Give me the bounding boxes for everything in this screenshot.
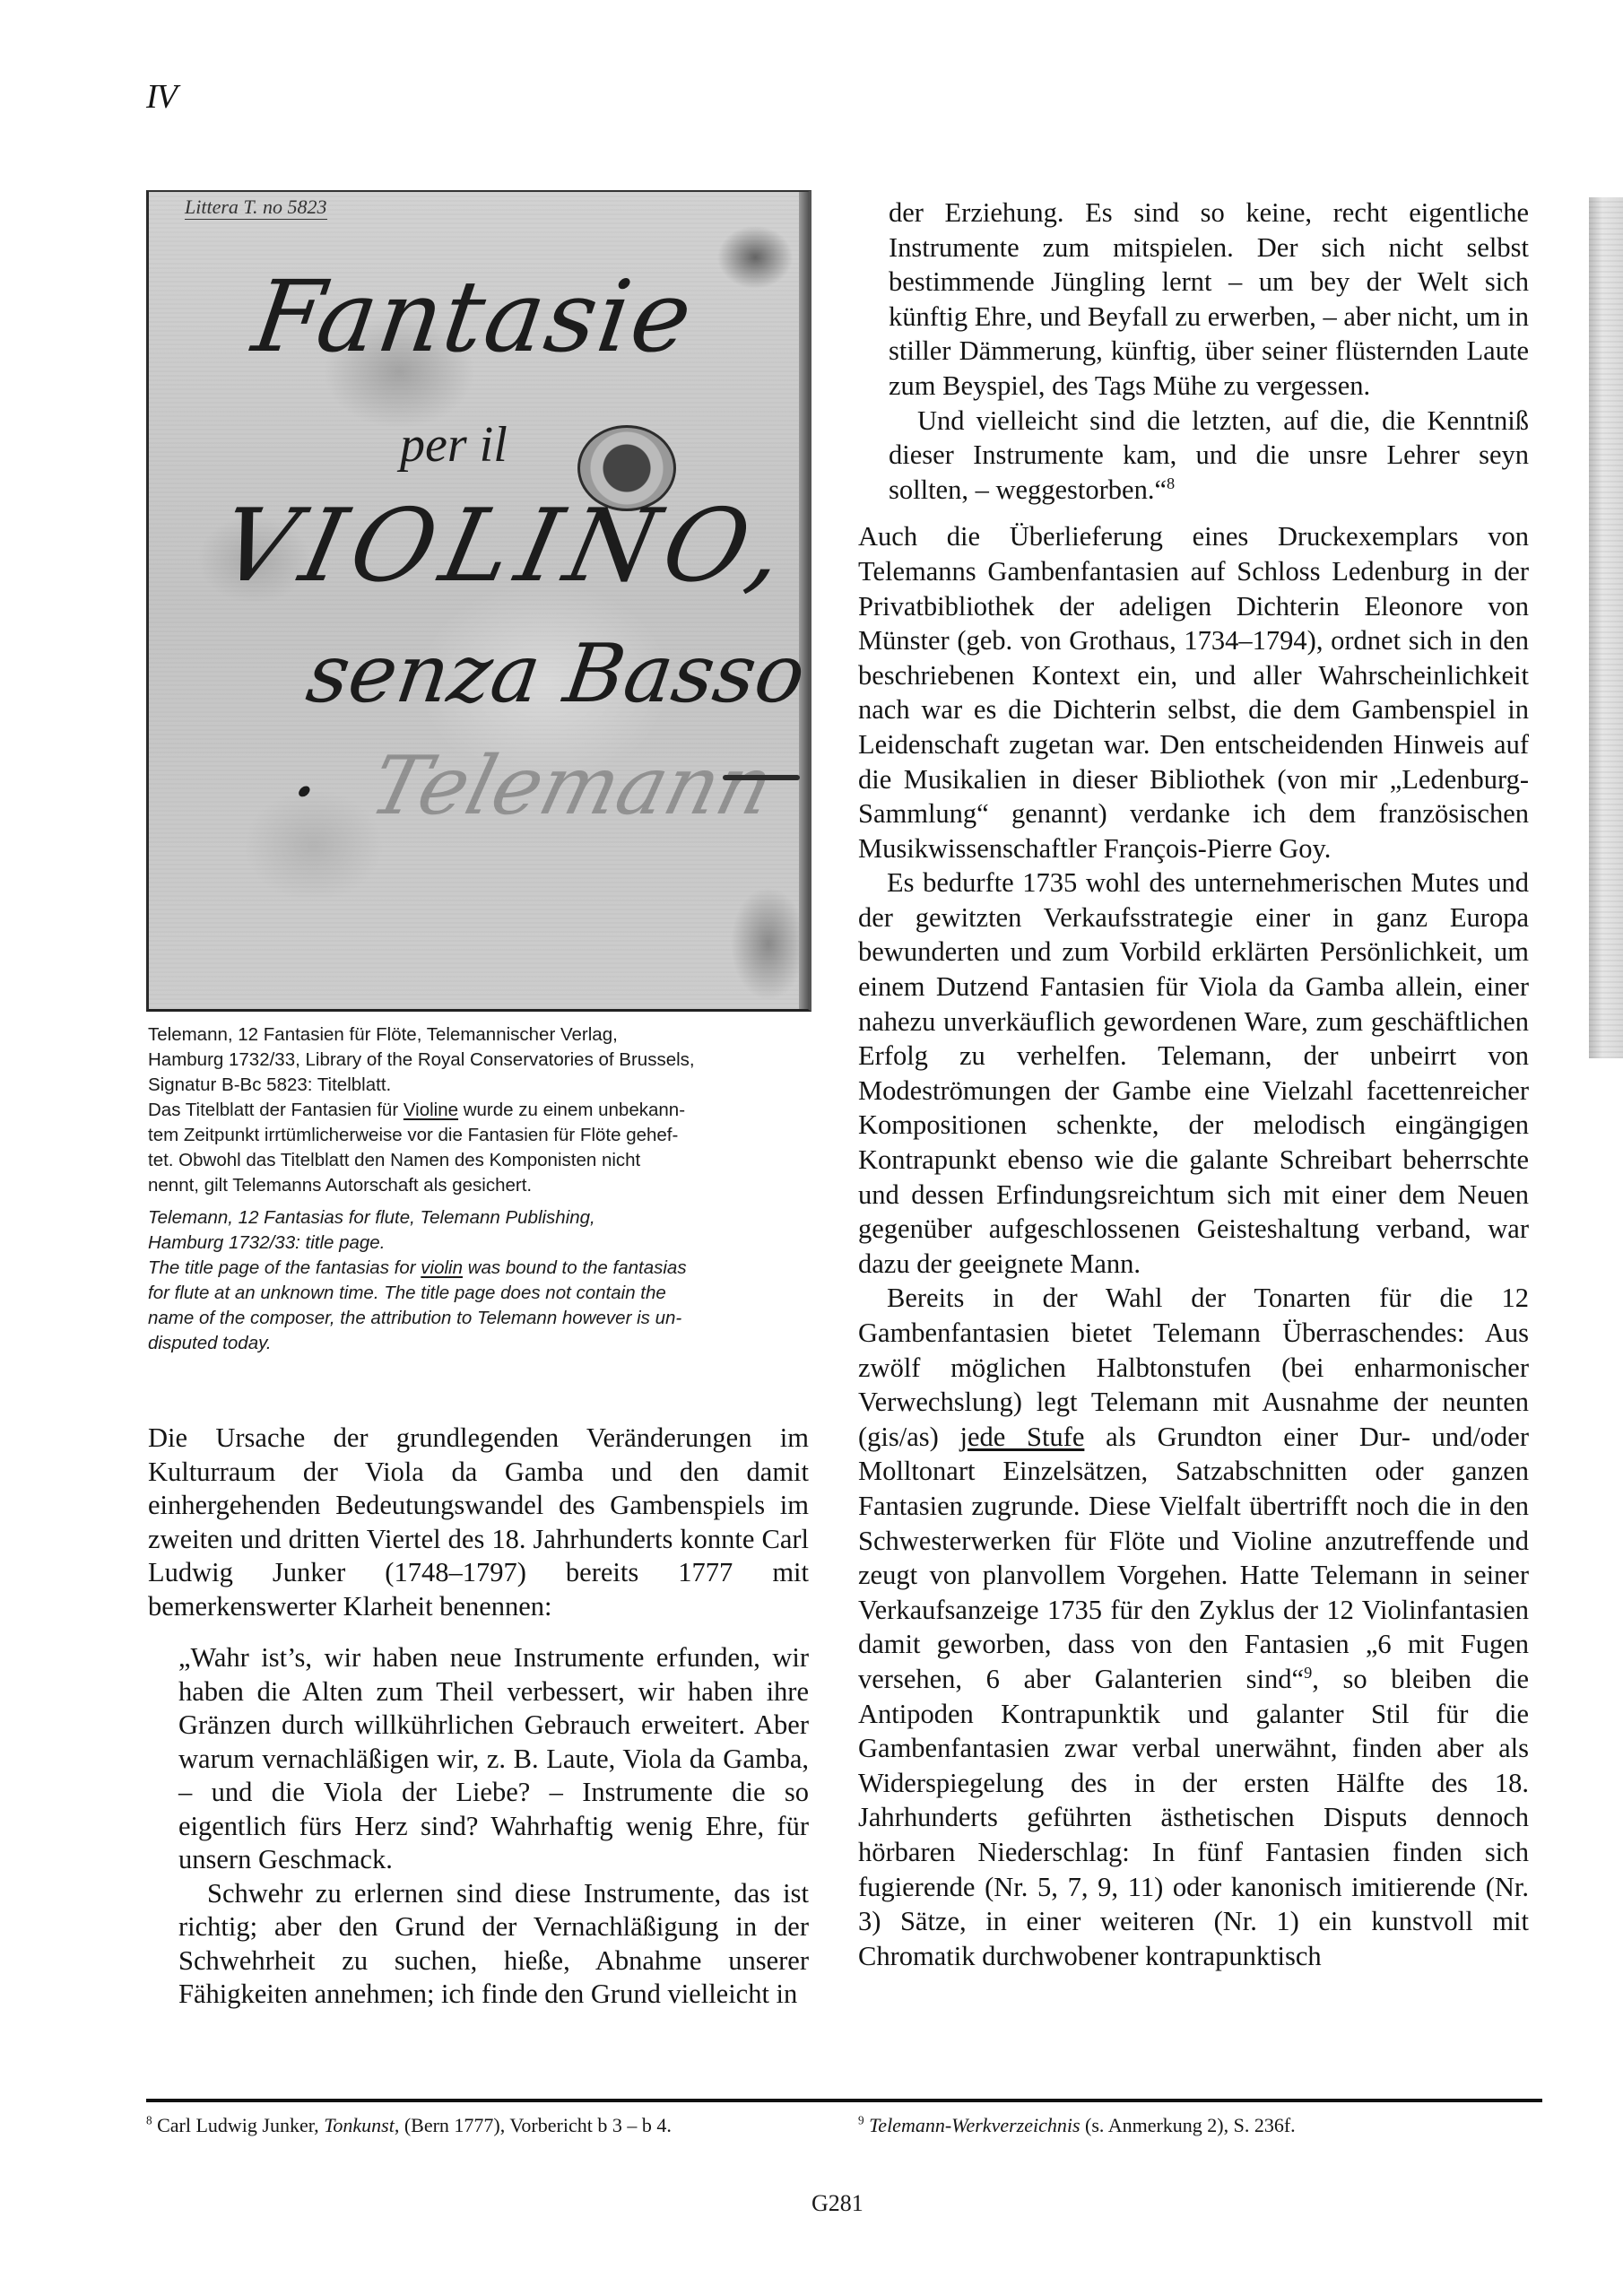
underlined-violine: Violine [404, 1100, 458, 1120]
quote-paragraph-2: Schwehr zu erlernen sind diese Instrumen… [178, 1877, 809, 2012]
quote-continuation: der Erziehung. Es sind so keine, recht e… [889, 196, 1529, 404]
page-number: G281 [811, 2190, 864, 2217]
manuscript-title-violino: VIOLINO, [210, 488, 803, 604]
right-column: der Erziehung. Es sind so keine, recht e… [858, 196, 1529, 1973]
paragraph-ledenburg: Auch die Überlieferung eines Druckexempl… [858, 519, 1529, 865]
scan-edge-strip [1589, 197, 1623, 1058]
caption-en: Telemann, 12 Fantasias for flute, Telema… [148, 1205, 811, 1356]
junker-quote: „Wahr ist’s, wir haben neue Instrumente … [148, 1641, 809, 2012]
underlined-violin: violin [421, 1257, 463, 1278]
footnote-ref-9[interactable]: 9 [1304, 1664, 1312, 1682]
paragraph-intro: Die Ursache der grundlegenden Veränderun… [148, 1422, 809, 1623]
manuscript-shelfmark: Littera T. no 5823 [185, 196, 327, 220]
footnote-ref-8[interactable]: 8 [1167, 474, 1175, 492]
left-column: Die Ursache der grundlegenden Veränderun… [148, 1422, 809, 2012]
quote-paragraph-3: Und vielleicht sind die letzten, auf die… [889, 404, 1529, 508]
manuscript-title-page-image: Littera T. no 5823 Fantasie per il VIOLI… [146, 190, 811, 1012]
manuscript-title-per-il: per il [400, 416, 508, 474]
quote-paragraph-1: „Wahr ist’s, wir haben neue Instrumente … [178, 1641, 809, 1877]
underlined-jede-stufe: jede Stufe [959, 1422, 1084, 1452]
manuscript-pencil-telemann: Telemann [361, 739, 782, 833]
paragraph-tonarten: Bereits in der Wahl der Tonarten für die… [858, 1281, 1529, 1973]
manuscript-title-fantasie: Fantasie [247, 259, 700, 374]
paragraph-1735: Es bedurfte 1735 wohl des unternehmerisc… [858, 865, 1529, 1281]
footnote-9: 9 Telemann-Werkverzeichnis (s. Anmerkung… [858, 2113, 1296, 2138]
footnote-divider [146, 2099, 1542, 2102]
caption-de: Telemann, 12 Fantasien für Flöte, Telema… [148, 1022, 811, 1198]
ink-dash [723, 775, 800, 780]
binding-edge [799, 192, 808, 1009]
figure-caption: Telemann, 12 Fantasien für Flöte, Telema… [148, 1022, 811, 1356]
footnote-8: 8 Carl Ludwig Junker, Tonkunst, (Bern 17… [146, 2113, 672, 2138]
junker-quote-continued: der Erziehung. Es sind so keine, recht e… [858, 196, 1529, 507]
page-marker: IV [146, 79, 177, 115]
